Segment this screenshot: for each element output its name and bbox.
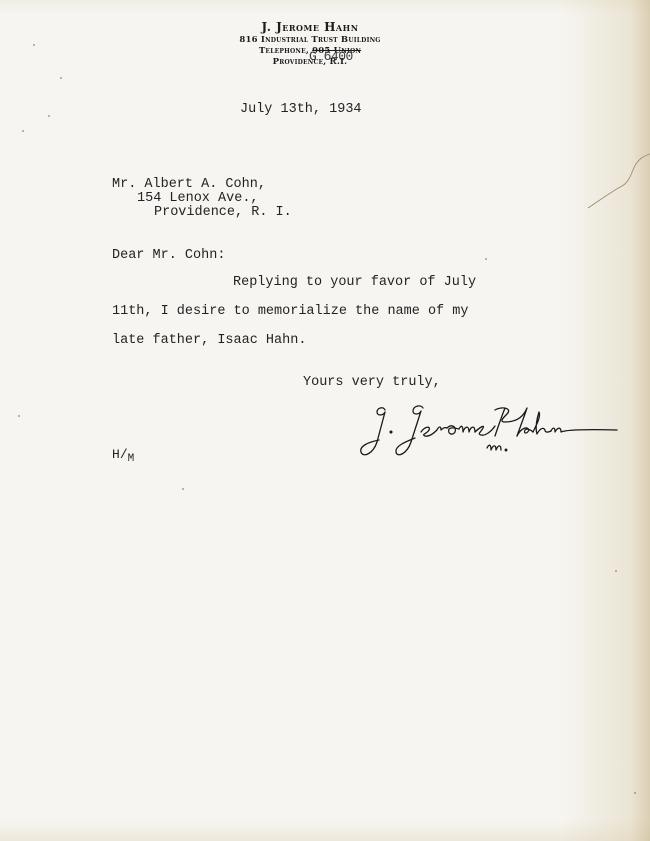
body-line-2: 11th, I desire to memorialize the name o… [112, 304, 468, 320]
typist-initial: M [128, 453, 135, 465]
paper-speck [33, 44, 35, 46]
body-line-1: Replying to your favor of July [233, 275, 476, 291]
salutation: Dear Mr. Cohn: [112, 248, 225, 264]
signature-glyph [355, 402, 625, 467]
author-initial: H [112, 447, 120, 462]
paper-speck [48, 115, 50, 117]
paper-speck [634, 792, 636, 794]
handwritten-signature [355, 402, 625, 467]
paper-speck [485, 258, 487, 260]
paper-speck [182, 488, 184, 490]
letterhead-address: 816 Industrial Trust Building [200, 35, 420, 46]
paper-speck [615, 570, 617, 572]
paper-speck [22, 130, 24, 132]
letterhead-city: Providence, R.I. [200, 57, 420, 68]
letter-page: J. Jerome Hahn 816 Industrial Trust Buil… [0, 0, 650, 841]
letterhead: J. Jerome Hahn 816 Industrial Trust Buil… [200, 20, 420, 68]
letterhead-telephone: Telephone, 905 Union G 6400 [200, 46, 420, 57]
body-line-3: late father, Isaac Hahn. [112, 333, 306, 349]
telephone-label: Telephone, [259, 46, 312, 56]
closing: Yours very truly, [303, 375, 441, 391]
paper-fiber-mark [580, 150, 650, 220]
paper-speck [18, 415, 20, 417]
letterhead-name: J. Jerome Hahn [200, 20, 420, 35]
recipient-city: Providence, R. I. [154, 205, 292, 221]
paper-speck [60, 77, 62, 79]
reference-initials: H/M [112, 447, 134, 467]
letter-date: July 13th, 1934 [240, 102, 362, 118]
